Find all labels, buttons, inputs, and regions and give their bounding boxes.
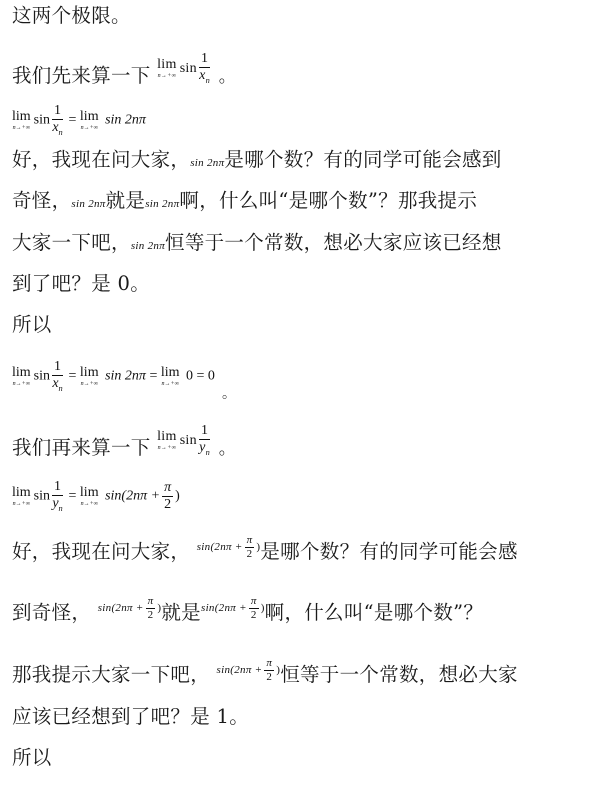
paragraph-compute-xn: 我们先来算一下 limn→+∞sin1xn 。 <box>12 62 236 95</box>
paragraph-answer-1: 应该已经想到了吧？是 1。 <box>12 705 249 729</box>
equation-period: 。 <box>222 382 236 406</box>
paragraph-question-5: 到奇怪， sin(2nπ +π2)就是sin(2nπ +π2)啊，什么叫“是哪个… <box>12 601 483 629</box>
paragraph-question-1: 好，我现在问大家，sin 2nπ是哪个数？有的同学可能会感到 <box>12 148 502 175</box>
text: 我们先来算一下 <box>12 64 151 87</box>
paragraph-therefore-2: 所以 <box>12 746 52 770</box>
paragraph-question-2: 奇怪，sin 2nπ就是sin 2nπ啊，什么叫“是哪个数”？那我提示 <box>12 189 477 216</box>
paragraph-therefore-1: 所以 <box>12 313 52 337</box>
equation-xn-result: limn→+∞sin1xn = limn→+∞ sin 2nπ = limn→+… <box>12 360 215 393</box>
inline-formula-lim-sin-1-xn: limn→+∞sin1xn <box>157 52 212 85</box>
equation-xn-step1: limn→+∞sin1xn = limn→+∞ sin 2nπ <box>12 104 146 137</box>
equation-yn-step1: limn→+∞sin1yn = limn→+∞ sin(2nπ +π2) <box>12 480 180 513</box>
paragraph-question-3: 大家一下吧，sin 2nπ恒等于一个常数，想必大家应该已经想 <box>12 231 502 258</box>
inline-formula-lim-sin-1-yn: limn→+∞sin1yn <box>157 424 212 457</box>
paragraph-compute-yn: 我们再来算一下 limn→+∞sin1yn 。 <box>12 434 236 467</box>
paragraph-answer-0: 到了吧？是 0。 <box>12 272 150 296</box>
paragraph-intro: 这两个极限。 <box>12 4 131 28</box>
paragraph-question-6: 那我提示大家一下吧， sin(2nπ +π2)恒等于一个常数，想必大家 <box>12 663 518 691</box>
paragraph-question-4: 好，我现在问大家， sin(2nπ +π2)是哪个数？有的同学可能会感 <box>12 540 518 568</box>
